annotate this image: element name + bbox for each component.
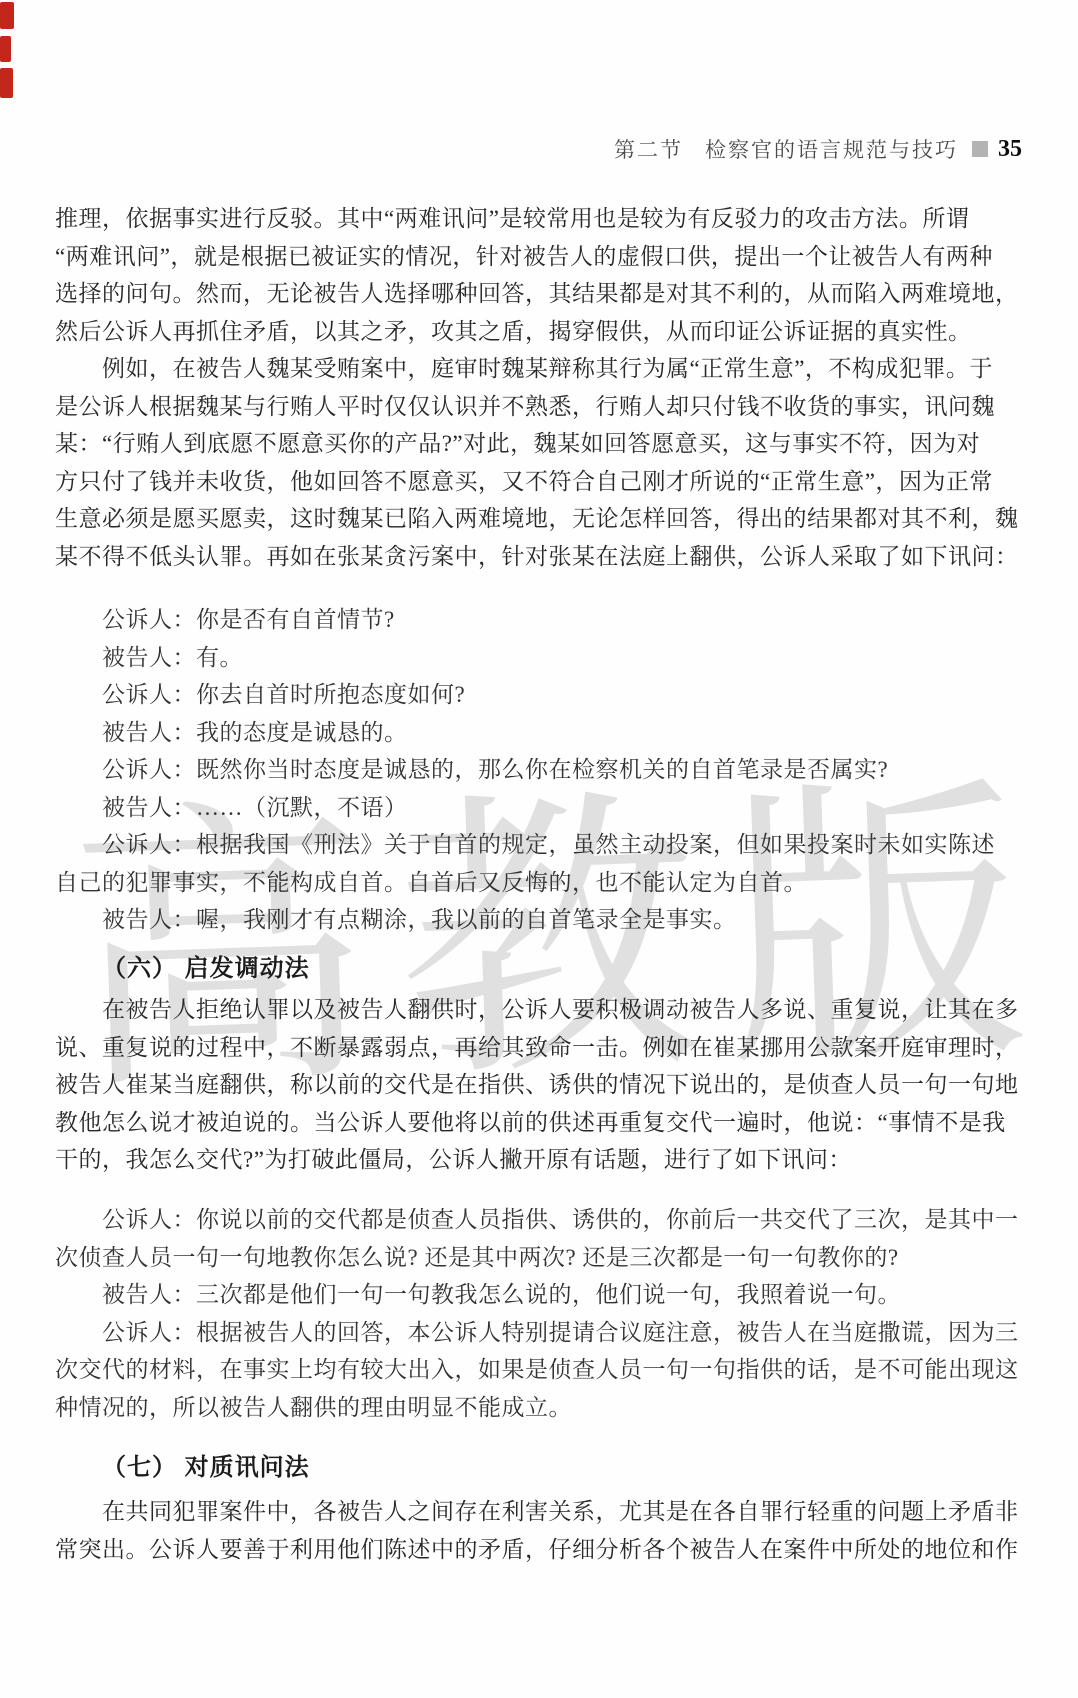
text-line: 教他怎么说才被迫说的。当公诉人要他将以前的供述再重复交代一遍时，他说：“事情不是… [55, 1104, 1022, 1142]
page-header: 第二节 检察官的语言规范与技巧 35 [614, 134, 1022, 164]
dialogue-line: 次交代的材料，在事实上均有较大出入，如果是侦查人员一句一句指供的话，是不可能出现… [55, 1351, 1022, 1389]
text-line: 然后公诉人再抓住矛盾，以其之矛，攻其之盾，揭穿假供，从而印证公诉证据的真实性。 [55, 313, 1022, 351]
red-ink-mark [0, 2, 14, 29]
dialogue-line: 被告人：有。 [55, 639, 1022, 677]
text-line: 说、重复说的过程中，不断暴露弱点，再给其致命一击。例如在崔某挪用公款案开庭审理时… [55, 1029, 1022, 1067]
text-line: 被告人崔某当庭翻供，称以前的交代是在指供、诱供的情况下说出的，是侦查人员一句一句… [55, 1066, 1022, 1104]
dialogue-block-1: 公诉人：你是否有自首情节? 被告人：有。 公诉人：你去自首时所抱态度如何? 被告… [55, 601, 1022, 939]
section-title: 检察官的语言规范与技巧 [705, 134, 958, 164]
dialogue-line: 被告人：三次都是他们一句一句教我怎么说的，他们说一句，我照着说一句。 [55, 1276, 1022, 1314]
section-number: 第二节 [614, 134, 683, 164]
paragraph-method-7: 在共同犯罪案件中，各被告人之间存在利害关系，尤其是在各自罪行轻重的问题上矛盾非 … [55, 1493, 1022, 1568]
heading-method-6: （六） 启发调动法 [55, 953, 1069, 985]
text-line: 某不得不低头认罪。再如在张某贪污案中，针对张某在法庭上翻供，公诉人采取了如下讯问… [55, 538, 1022, 576]
dialogue-line: 公诉人：你说以前的交代都是侦查人员指供、诱供的，你前后一共交代了三次，是其中一 [55, 1201, 1022, 1239]
paragraph-example: 例如，在被告人魏某受贿案中，庭审时魏某辩称其行为属“正常生意”，不构成犯罪。于 … [55, 350, 1022, 575]
paragraph-method-6: 在被告人拒绝认罪以及被告人翻供时，公诉人要积极调动被告人多说、重复说，让其在多 … [55, 991, 1022, 1179]
text-line: 推理，依据事实进行反驳。其中“两难讯问”是较常用也是较为有反驳力的攻击方法。所谓 [55, 200, 1022, 238]
text-line: 某：“行贿人到底愿不愿意买你的产品?”对此，魏某如回答愿意买，这与事实不符，因为… [55, 425, 1022, 463]
text-line: 是公诉人根据魏某与行贿人平时仅仅认识并不熟悉，行贿人却只付钱不收货的事实，讯问魏 [55, 388, 1022, 426]
dialogue-line: 公诉人：既然你当时态度是诚恳的，那么你在检察机关的自首笔录是否属实? [55, 751, 1022, 789]
text-line: 常突出。公诉人要善于利用他们陈述中的矛盾，仔细分析各个被告人在案件中所处的地位和… [55, 1531, 1022, 1569]
text-line: 生意必须是愿买愿卖，这时魏某已陷入两难境地，无论怎样回答，得出的结果都对其不利，… [55, 500, 1022, 538]
paragraph-intro: 推理，依据事实进行反驳。其中“两难讯问”是较常用也是较为有反驳力的攻击方法。所谓… [55, 200, 1022, 350]
dialogue-line: 公诉人：根据被告人的回答，本公诉人特别提请合议庭注意，被告人在当庭撒谎，因为三 [55, 1314, 1022, 1352]
text-line: 在被告人拒绝认罪以及被告人翻供时，公诉人要积极调动被告人多说、重复说，让其在多 [55, 991, 1022, 1029]
text-line: 例如，在被告人魏某受贿案中，庭审时魏某辩称其行为属“正常生意”，不构成犯罪。于 [55, 350, 1022, 388]
text-line: 方只付了钱并未收货，他如回答不愿意买，又不符合自己刚才所说的“正常生意”，因为正… [55, 463, 1022, 501]
text-line: 选择的问句。然而，无论被告人选择哪种回答，其结果都是对其不利的，从而陷入两难境地… [55, 275, 1022, 313]
page-number: 35 [998, 136, 1022, 163]
text-line: 干的，我怎么交代?”为打破此僵局，公诉人撇开原有话题，进行了如下讯问： [55, 1141, 1022, 1179]
square-marker-icon [972, 141, 988, 157]
text-line: 在共同犯罪案件中，各被告人之间存在利害关系，尤其是在各自罪行轻重的问题上矛盾非 [55, 1493, 1022, 1531]
dialogue-line: 种情况的，所以被告人翻供的理由明显不能成立。 [55, 1389, 1022, 1427]
dialogue-line: 次侦查人员一句一句地教你怎么说? 还是其中两次? 还是三次都是一句一句教你的? [55, 1239, 1022, 1277]
text-line: “两难讯问”，就是根据已被证实的情况，针对被告人的虚假口供，提出一个让被告人有两… [55, 238, 1022, 276]
book-page: 高教版 第二节 检察官的语言规范与技巧 35 推理，依据事实进行反驳。其中“两难… [0, 0, 1078, 1698]
red-ink-mark [0, 68, 13, 98]
dialogue-block-2: 公诉人：你说以前的交代都是侦查人员指供、诱供的，你前后一共交代了三次，是其中一 … [55, 1201, 1022, 1426]
heading-method-7: （七） 对质讯问法 [55, 1452, 1069, 1484]
dialogue-line: 自己的犯罪事实，不能构成自首。自首后又反悔的，也不能认定为自首。 [55, 864, 1022, 902]
red-ink-mark [0, 36, 11, 62]
dialogue-line: 被告人：喔，我刚才有点糊涂，我以前的自首笔录全是事实。 [55, 901, 1022, 939]
dialogue-line: 被告人：我的态度是诚恳的。 [55, 714, 1022, 752]
dialogue-line: 公诉人：你去自首时所抱态度如何? [55, 676, 1022, 714]
dialogue-line: 公诉人：你是否有自首情节? [55, 601, 1022, 639]
dialogue-line: 公诉人：根据我国《刑法》关于自首的规定，虽然主动投案，但如果投案时未如实陈述 [55, 826, 1022, 864]
dialogue-line: 被告人：……（沉默，不语） [55, 789, 1022, 827]
